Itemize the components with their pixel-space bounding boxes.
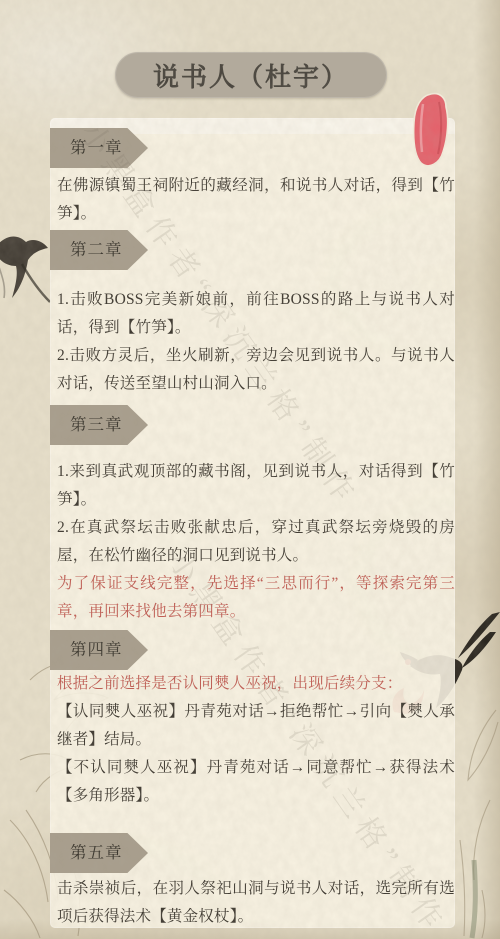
paragraph: 击杀崇祯后，在羽人祭祀山洞与说书人对话，选完所有选项后获得法术【黄金权杖】。 (57, 875, 455, 931)
page-title: 说书人（杜宇） (115, 52, 387, 98)
chapter-4-label: 第四章 (70, 640, 123, 659)
paragraph: 2.在真武祭坛击败张献忠后，穿过真武祭坛旁烧毁的房屋，在松竹幽径的洞口见到说书人… (57, 514, 455, 570)
chapter-2-tag: 第二章 (50, 230, 148, 270)
chapter-2-label: 第二章 (70, 240, 123, 259)
paragraph-warning: 为了保证支线完整，先选择“三思而行”，等探索完第三章，再回来找他去第四章。 (57, 570, 455, 626)
chapter-1-label: 第一章 (70, 138, 123, 157)
chapter-3-tag: 第三章 (50, 405, 148, 445)
paragraph: 1.来到真武观顶部的藏书阁，见到说书人，对话得到【竹笋】。 (57, 458, 455, 514)
chapter-4-text: 根据之前选择是否认同僰人巫祝，出现后续分支： 【认同僰人巫祝】丹青苑对话→拒绝帮… (57, 670, 455, 810)
paragraph: 在佛源镇蜀王祠附近的藏经洞，和说书人对话，得到【竹笋】。 (57, 172, 455, 228)
chapter-1-tag: 第一章 (50, 128, 148, 168)
ink-swallow-icon (0, 224, 54, 306)
paragraph: 【不认同僰人巫祝】丹青苑对话→同意帮忙→获得法术【多角形器】。 (57, 754, 455, 810)
page-title-text: 说书人（杜宇） (153, 57, 349, 94)
guide-card: 说书人（杜宇） 第一章 在佛源镇蜀王祠附近的藏经洞，和说书人对话，得到【竹笋】。… (0, 0, 500, 939)
chapter-5-tag: 第五章 (50, 833, 148, 873)
chapter-2-text: 1.击败BOSS完美新娘前，前往BOSS的路上与说书人对话，得到【竹笋】。 2.… (57, 286, 455, 398)
chapter-1-text: 在佛源镇蜀王祠附近的藏经洞，和说书人对话，得到【竹笋】。 (57, 172, 455, 228)
paragraph: 【认同僰人巫祝】丹青苑对话→拒绝帮忙→引向【僰人承继者】结局。 (57, 698, 455, 754)
chapter-5-label: 第五章 (70, 843, 123, 862)
paragraph: 1.击败BOSS完美新娘前，前往BOSS的路上与说书人对话，得到【竹笋】。 (57, 286, 455, 342)
chapter-5-text: 击杀崇祯后，在羽人祭祀山洞与说书人对话，选完所有选项后获得法术【黄金权杖】。 (57, 875, 455, 931)
chapter-4-tag: 第四章 (50, 630, 148, 670)
chapter-3-text: 1.来到真武观顶部的藏书阁，见到说书人，对话得到【竹笋】。 2.在真武祭坛击败张… (57, 458, 455, 626)
paragraph: 2.击败方灵后，坐火刷新，旁边会见到说书人。与说书人对话，传送至望山村山洞入口。 (57, 342, 455, 398)
chapter-3-label: 第三章 (70, 415, 123, 434)
paragraph-warning: 根据之前选择是否认同僰人巫祝，出现后续分支： (57, 670, 455, 698)
red-seal-stamp (409, 92, 453, 170)
